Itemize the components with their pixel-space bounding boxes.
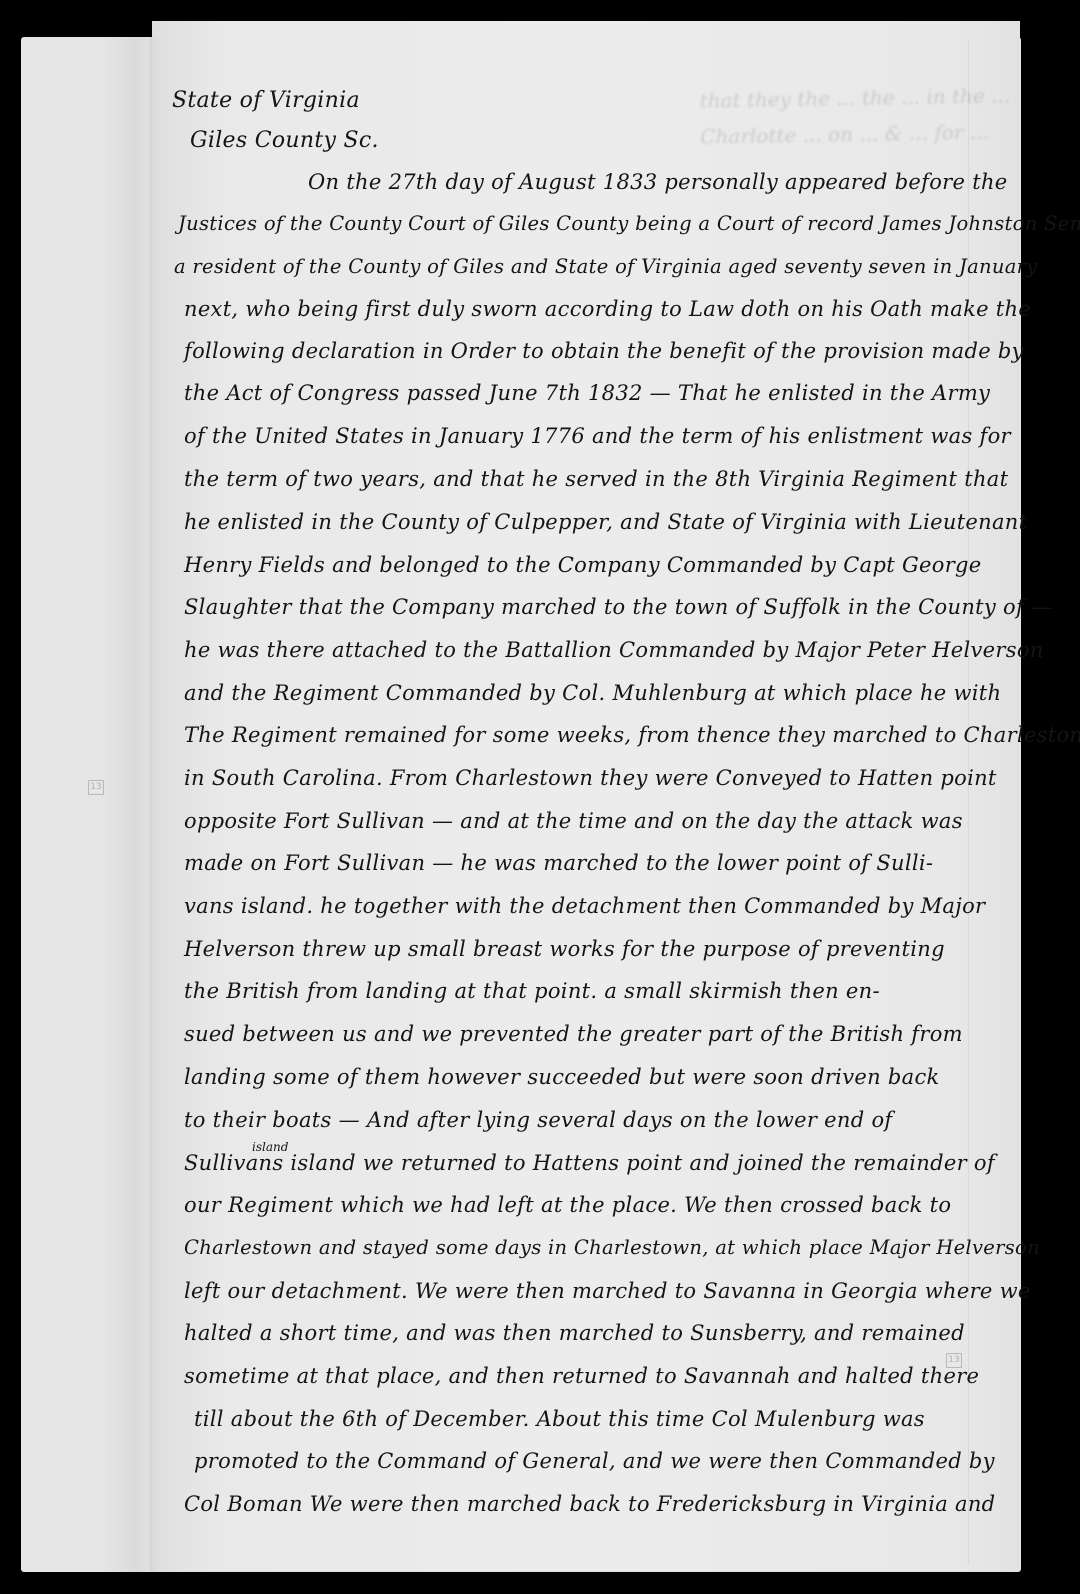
text-line: Justices of the County Court of Giles Co… [178, 212, 1080, 235]
text-line: a resident of the County of Giles and St… [174, 255, 1038, 278]
text-line: The Regiment remained for some weeks, fr… [184, 723, 1080, 747]
bleed-through-text: that they the ... the ... in the ... Cha… [699, 77, 1000, 162]
text-line: of the United States in January 1776 and… [184, 424, 1011, 448]
text-line: sued between us and we prevented the gre… [184, 1022, 963, 1046]
text-line: opposite Fort Sullivan — and at the time… [184, 809, 963, 833]
text-line: Charlestown and stayed some days in Char… [184, 1236, 1040, 1259]
text-line: On the 27th day of August 1833 personall… [308, 170, 1008, 194]
text-line: Col Boman We were then marched back to F… [184, 1492, 995, 1516]
bleed-through-line: Charlotte ... on ... & ... for ... [700, 113, 1001, 154]
text-line: Helverson threw up small breast works fo… [184, 937, 945, 961]
text-line: promoted to the Command of General, and … [194, 1449, 995, 1473]
text-line: made on Fort Sullivan — he was marched t… [184, 851, 933, 875]
text-line: the Act of Congress passed June 7th 1832… [184, 381, 990, 405]
text-line: next, who being first duly sworn accordi… [184, 297, 1031, 321]
text-line: sometime at that place, and then returne… [184, 1364, 979, 1388]
text-line: he enlisted in the County of Culpepper, … [184, 510, 1027, 534]
heading-county: Giles County Sc. [190, 128, 379, 153]
text-line: following declaration in Order to obtain… [184, 339, 1024, 363]
text-line: Sullivans island we returned to Hattens … [184, 1151, 995, 1175]
text-line: vans island. he together with the detach… [184, 894, 985, 918]
text-line: left our detachment. We were then marche… [184, 1279, 1031, 1303]
text-line: and the Regiment Commanded by Col. Muhle… [184, 681, 1001, 705]
text-line: landing some of them however succeeded b… [184, 1065, 940, 1089]
heading-state: State of Virginia [172, 88, 360, 113]
text-line: Slaughter that the Company marched to th… [184, 595, 1052, 619]
text-line: our Regiment which we had left at the pl… [184, 1193, 951, 1217]
archive-stamp-mark: 13 [88, 780, 104, 795]
page-fold-shadow [100, 37, 160, 1572]
text-line: halted a short time, and was then marche… [184, 1321, 965, 1345]
bleed-through-line: that they the ... the ... in the ... [699, 77, 1000, 118]
text-line: to their boats — And after lying several… [184, 1108, 892, 1132]
text-line: the term of two years, and that he serve… [184, 467, 1008, 491]
text-line: the British from landing at that point. … [184, 979, 880, 1003]
text-line: in South Carolina. From Charlestown they… [184, 766, 997, 790]
text-line: he was there attached to the Battallion … [184, 638, 1044, 662]
text-line: Henry Fields and belonged to the Company… [184, 553, 982, 577]
text-line: till about the 6th of December. About th… [194, 1407, 925, 1431]
